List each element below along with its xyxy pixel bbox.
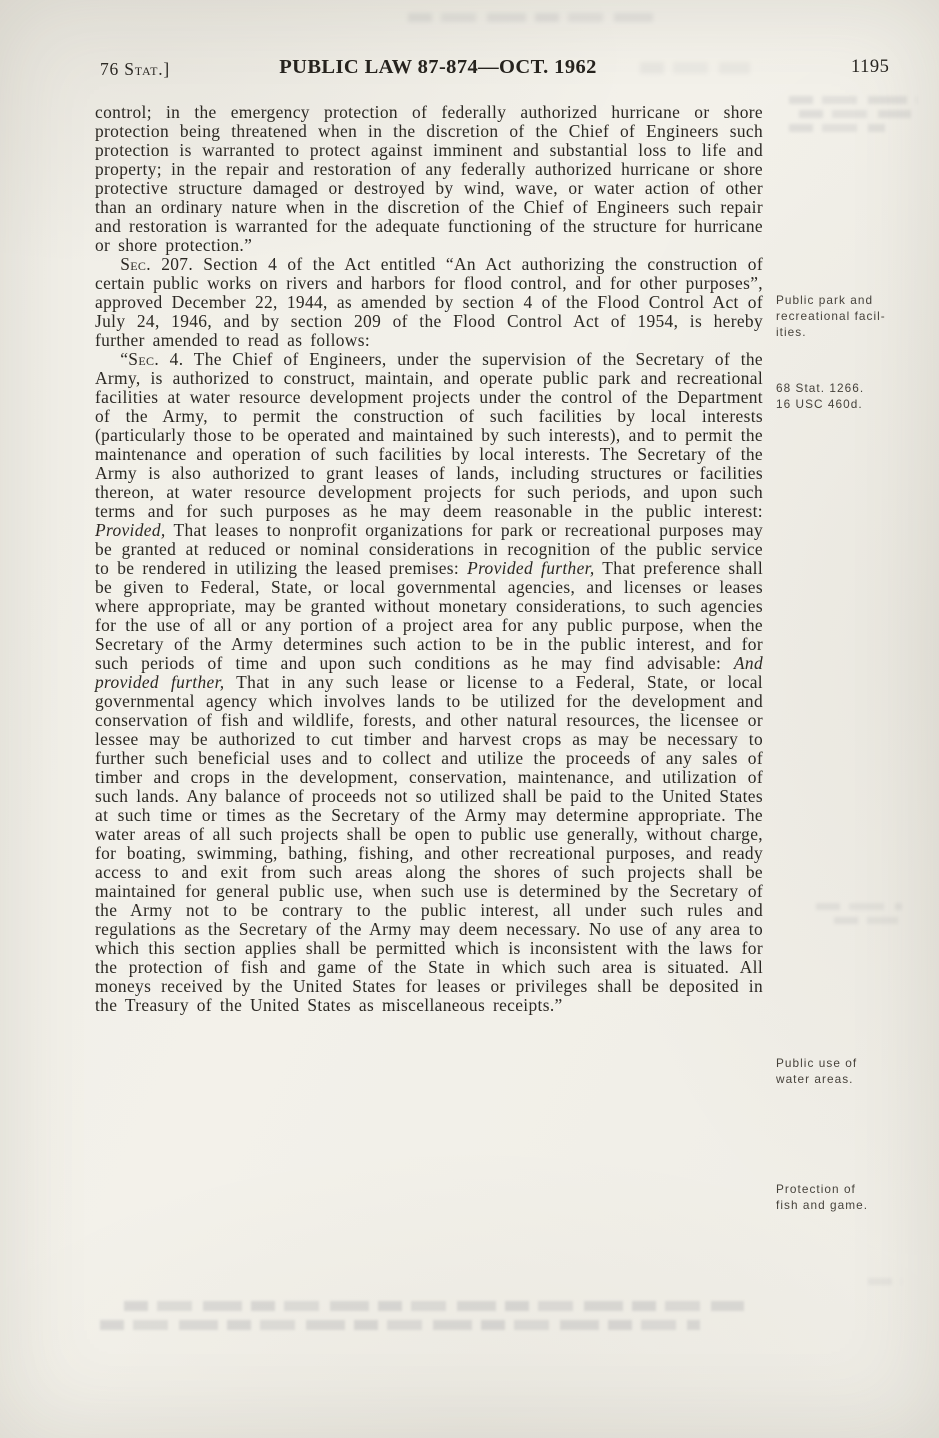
statute-text-segment: That in any such lease or license to a F… xyxy=(95,672,763,1015)
page-number: 1195 xyxy=(851,57,889,78)
statute-paragraph: Sec. 207. Section 4 of the Act entitled … xyxy=(95,255,763,350)
statute-paragraph: control; in the emergency protection of … xyxy=(95,103,763,255)
margin-note-fish-game: Protection of fish and game. xyxy=(776,1182,928,1214)
margin-note-public-park: Public park and recreational facil- itie… xyxy=(776,293,928,340)
margin-note-statute-citation: 68 Stat. 1266. 16 USC 460d. xyxy=(776,381,928,413)
statute-paragraph: “Sec. 4. The Chief of Engineers, under t… xyxy=(95,350,763,1015)
statute-text-segment: control; in the emergency protection of … xyxy=(95,102,763,255)
statute-text-segment: Sec. 4. xyxy=(128,349,183,369)
statute-text-segment: Provided, xyxy=(95,520,166,540)
statute-text-segment: Provided further, xyxy=(467,558,594,578)
margin-note-public-use: Public use of water areas. xyxy=(776,1056,928,1088)
bleed-through-margin-top xyxy=(789,96,917,138)
statute-body: control; in the emergency protection of … xyxy=(95,103,763,1015)
bleed-through-title-echo xyxy=(640,62,750,74)
bleed-through-bottom-lines xyxy=(100,1301,748,1339)
volume-citation: 76 Stat.] xyxy=(100,59,170,80)
bleed-through-margin-mid xyxy=(816,903,902,931)
statute-text-segment: Section 4 of the Act entitled “An Act au… xyxy=(95,254,763,350)
bleed-through-speck xyxy=(868,1278,902,1285)
statute-page: 76 Stat.] PUBLIC LAW 87-874—OCT. 1962 11… xyxy=(0,0,939,1438)
statute-text-segment: Sec. 207. xyxy=(120,254,193,274)
statute-text-segment: The Chief of Engineers, under the superv… xyxy=(95,349,763,521)
bleed-through-smudge-top xyxy=(408,13,660,22)
running-title: PUBLIC LAW 87-874—OCT. 1962 xyxy=(253,56,623,79)
